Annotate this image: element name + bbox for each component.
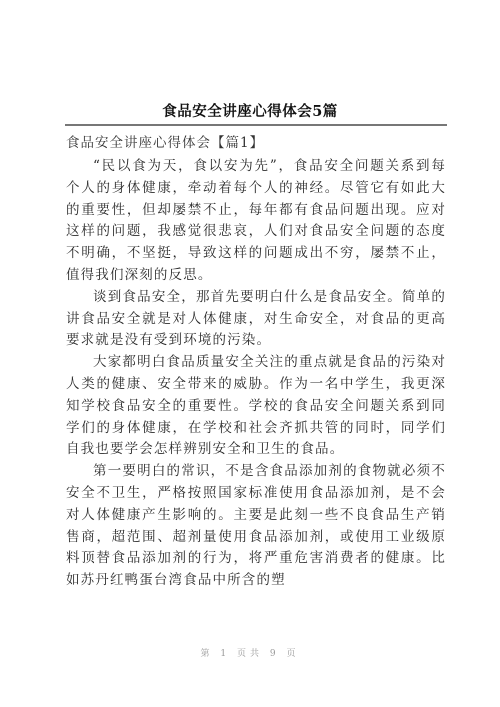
page-footer: 第 1 页共 9 页	[0, 646, 500, 659]
document-title: 食品安全讲座心得体会5篇	[0, 100, 500, 121]
paragraph: 谈到食品安全，那首先要明白什么是食品安全。简单的讲食品安全就是对人体健康，对生命…	[66, 287, 446, 352]
document-body: “民以食为天，食以安为先”，食品安全问题关系到每个人的身体健康，牵动着每个人的神…	[66, 156, 446, 592]
section-heading: 食品安全讲座心得体会【篇1】	[66, 131, 264, 151]
paragraph: 第一要明白的常识，不是含食品添加剂的食物就必须不安全不卫生，严格按照国家标准使用…	[66, 461, 446, 592]
document-page: 食品安全讲座心得体会5篇 食品安全讲座心得体会【篇1】 “民以食为天，食以安为先…	[0, 0, 500, 707]
paragraph: “民以食为天，食以安为先”，食品安全问题关系到每个人的身体健康，牵动着每个人的神…	[66, 156, 446, 287]
paragraph: 大家都明白食品质量安全关注的重点就是食品的污染对人类的健康、安全带来的威胁。作为…	[66, 352, 446, 461]
title-divider	[65, 124, 447, 126]
